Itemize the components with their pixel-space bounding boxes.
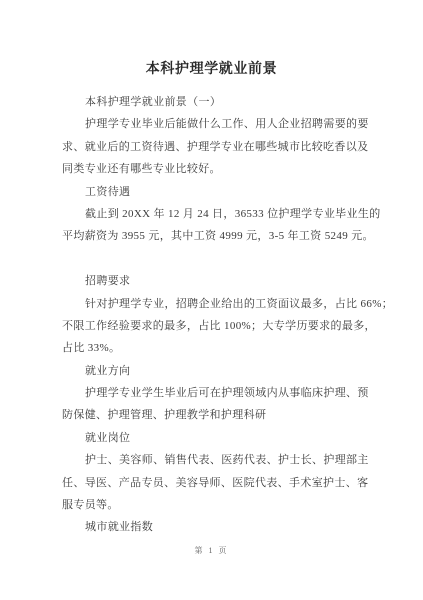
text-line: 任、导医、产品专员、美容导师、医院代表、手术室护士、客 bbox=[62, 472, 370, 494]
text-line: 不限工作经验要求的最多，占比 100%；大专学历要求的最多， bbox=[62, 315, 370, 337]
text-line: 求、就业后的工资待遇、护理学专业在哪些城市比较吃香以及 bbox=[62, 136, 370, 158]
text-line: 护理学专业学生毕业后可在护理领域内从事临床护理、预 bbox=[62, 382, 370, 404]
page-number: 第 1 页 bbox=[0, 545, 423, 556]
section-heading-direction: 就业方向 bbox=[62, 360, 370, 382]
section-heading-salary: 工资待遇 bbox=[62, 181, 370, 203]
text-line: 服专员等。 bbox=[62, 494, 370, 516]
section-heading-positions: 就业岗位 bbox=[62, 427, 370, 449]
text-line: 截止到 20XX 年 12 月 24 日，36533 位护理学专业毕业生的 bbox=[62, 203, 370, 225]
text-line: 本科护理学就业前景（一） bbox=[62, 91, 370, 113]
text-line: 护士、美容师、销售代表、医药代表、护士长、护理部主 bbox=[62, 449, 370, 471]
section-heading-city-index: 城市就业指数 bbox=[62, 516, 370, 538]
text-line: 同类专业还有哪些专业比较好。 bbox=[62, 158, 370, 180]
document-page: 本科护理学就业前景 本科护理学就业前景（一） 护理学专业毕业后能做什么工作、用人… bbox=[0, 0, 423, 600]
section-heading-recruitment: 招聘要求 bbox=[62, 270, 370, 292]
text-line: 占比 33%。 bbox=[62, 337, 370, 359]
text-line: 护理学专业毕业后能做什么工作、用人企业招聘需要的要 bbox=[62, 113, 370, 135]
blank-line bbox=[62, 248, 370, 270]
document-title: 本科护理学就业前景 bbox=[0, 58, 423, 78]
text-line: 防保健、护理管理、护理教学和护理科研 bbox=[62, 404, 370, 426]
text-line: 平均薪资为 3955 元，其中工资 4999 元，3-5 年工资 5249 元。 bbox=[62, 225, 370, 247]
document-body: 本科护理学就业前景（一） 护理学专业毕业后能做什么工作、用人企业招聘需要的要 求… bbox=[62, 91, 370, 539]
text-line: 针对护理学专业，招聘企业给出的工资面议最多，占比 66%； bbox=[62, 293, 370, 315]
